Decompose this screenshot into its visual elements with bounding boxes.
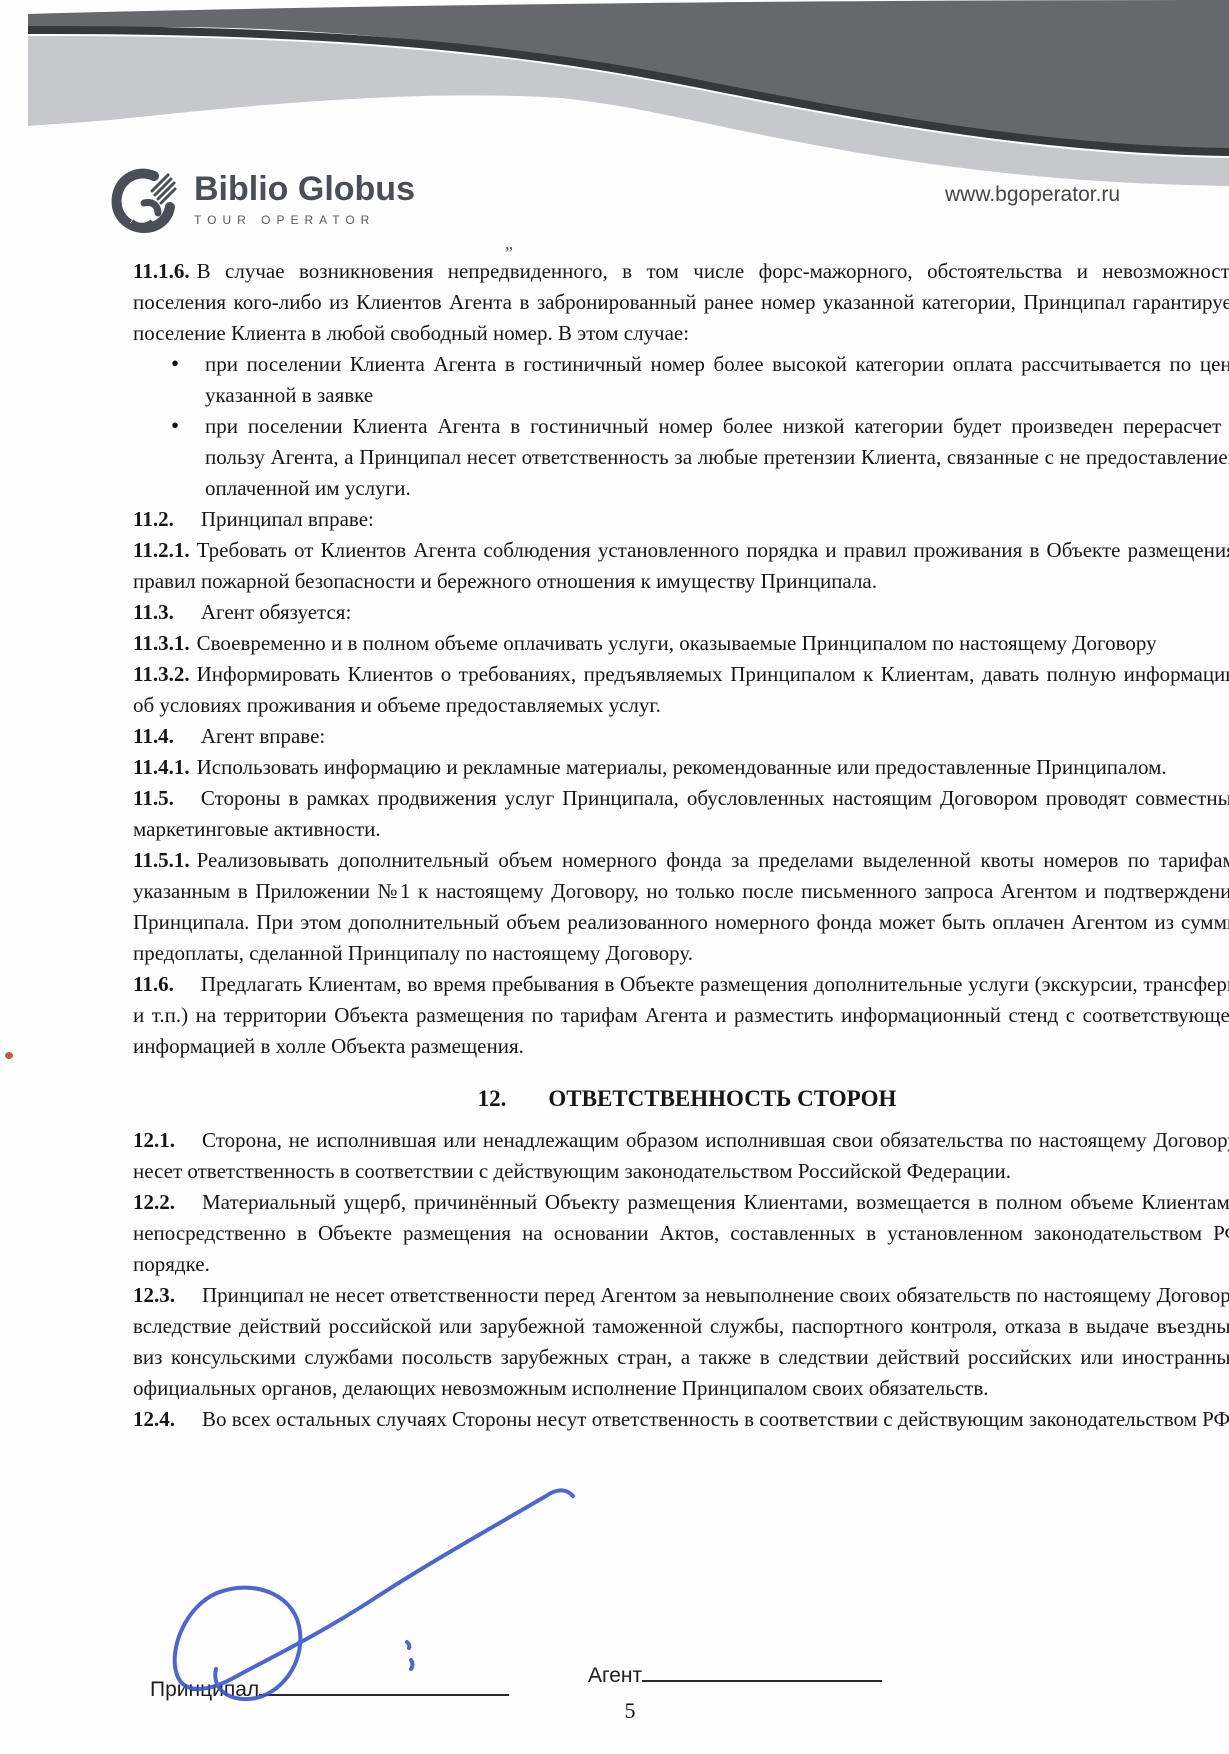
- page-number: 5: [600, 1698, 660, 1724]
- clause-number: 11.3.2.: [133, 662, 190, 686]
- agent-signature-field: Агент: [588, 1662, 882, 1688]
- clause-number: 11.6.: [133, 972, 174, 996]
- clause-paragraph: 12.2.Материальный ущерб, причинённый Объ…: [133, 1187, 1229, 1280]
- clause-paragraph: 12.1.Сторона, не исполнившая или ненадле…: [133, 1125, 1229, 1187]
- clause-number: 11.1.6.: [133, 259, 190, 283]
- clause-number: 11.3.1.: [133, 631, 190, 655]
- principal-label: Принципал: [150, 1678, 259, 1701]
- bullet-item: при поселении Клиента Агента в гостиничн…: [133, 411, 1229, 504]
- clause-paragraph: 12.4.Во всех остальных случаях Стороны н…: [133, 1404, 1229, 1435]
- agent-label: Агент: [588, 1664, 642, 1687]
- clause-number: 12.2.: [133, 1190, 175, 1214]
- document-body: 11.1.6.В случае возникновения непредвиде…: [133, 256, 1229, 1435]
- clause-number: 11.3.: [133, 600, 174, 624]
- clause-paragraph: 11.2.1.Требовать от Клиентов Агента собл…: [133, 535, 1229, 597]
- clause-paragraph: 11.5.Стороны в рамках продвижения услуг …: [133, 783, 1229, 845]
- biblio-globus-logo-icon: [108, 163, 180, 242]
- clause-number: 11.4.: [133, 724, 174, 748]
- clause-number: 11.2.: [133, 507, 174, 531]
- section-heading: 12.ОТВЕТСТВЕННОСТЬ СТОРОН: [133, 1083, 1229, 1114]
- principal-signature-field: Принципал: [150, 1676, 509, 1702]
- bullet-item: при поселении Клиента Агента в гостиничн…: [133, 349, 1229, 411]
- clause-paragraph: 11.3.1.Своевременно и в полном объеме оп…: [133, 628, 1229, 659]
- clause-number: 12.4.: [133, 1407, 175, 1431]
- section-number: 12.: [478, 1086, 507, 1111]
- red-ink-dot: [5, 1052, 13, 1059]
- clause-paragraph: 11.5.1.Реализовывать дополнительный объе…: [133, 845, 1229, 969]
- clause-paragraph: 11.3.2.Информировать Клиентов о требован…: [133, 659, 1229, 721]
- clause-number: 11.5.1.: [133, 848, 190, 872]
- document-page: Biblio Globus TOUR OPERATOR www.bgoperat…: [0, 0, 1229, 1754]
- clause-paragraph: 11.2.Принципал вправе:: [133, 504, 1229, 535]
- clause-paragraph: 11.6.Предлагать Клиентам, во время пребы…: [133, 969, 1229, 1062]
- clause-number: 11.4.1.: [133, 755, 190, 779]
- agent-signature-line: [642, 1662, 882, 1682]
- section-title: ОТВЕТСТВЕННОСТЬ СТОРОН: [548, 1086, 896, 1111]
- clause-paragraph: 12.3.Принципал не несет ответственности …: [133, 1280, 1229, 1404]
- clause-number: 11.2.1.: [133, 538, 190, 562]
- logo: Biblio Globus TOUR OPERATOR: [108, 163, 415, 242]
- logo-subtitle: TOUR OPERATOR: [194, 213, 415, 227]
- clause-paragraph: 11.1.6.В случае возникновения непредвиде…: [133, 256, 1229, 349]
- clause-paragraph: 11.4.1.Использовать информацию и рекламн…: [133, 752, 1229, 783]
- clause-number: 12.1.: [133, 1128, 175, 1152]
- clause-paragraph: 11.4.Агент вправе:: [133, 721, 1229, 752]
- clause-number: 12.3.: [133, 1283, 175, 1307]
- website-url: www.bgoperator.ru: [945, 183, 1120, 207]
- clause-paragraph: 11.3.Агент обязуется:: [133, 597, 1229, 628]
- principal-signature-line: [259, 1676, 509, 1696]
- logo-title: Biblio Globus: [194, 171, 415, 207]
- clause-number: 11.5.: [133, 786, 174, 810]
